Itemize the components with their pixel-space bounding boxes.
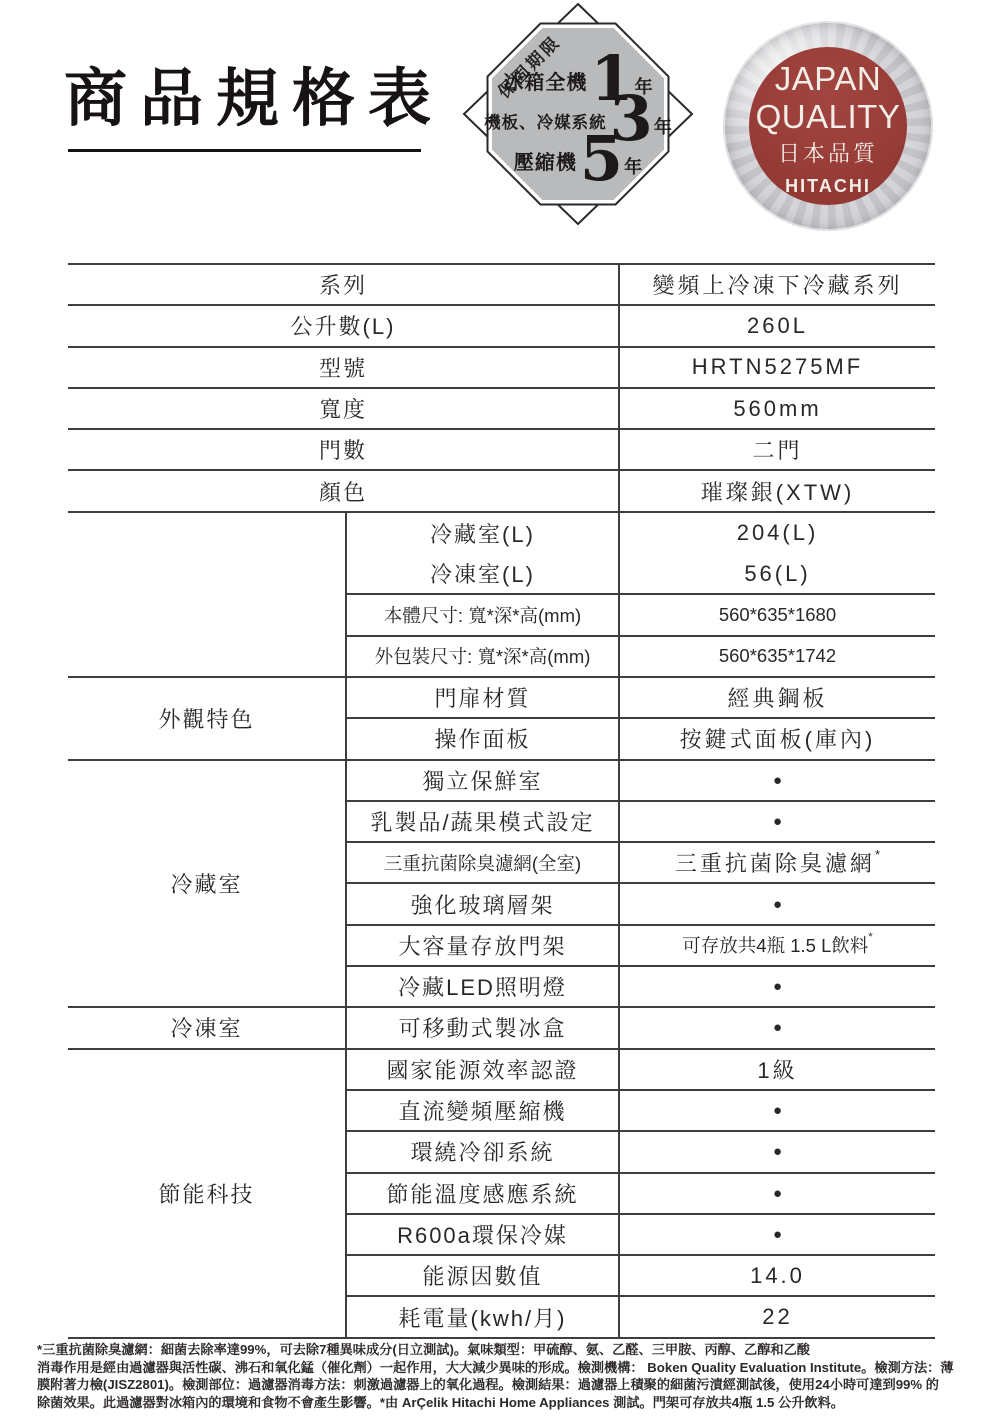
spec-row-label: 寬度: [68, 389, 618, 430]
page-title: 商品規格表: [64, 48, 444, 139]
spec-row-label: 操作面板: [345, 719, 618, 760]
spec-row-label: 顏色: [68, 471, 618, 512]
spec-row-label: 節能溫度感應系統: [345, 1174, 618, 1215]
spec-row-label: 本體尺寸: 寬*深*高(mm): [345, 595, 618, 636]
spec-row-label: 環繞冷卻系統: [345, 1132, 618, 1173]
spec-row-value: ●: [618, 1132, 935, 1173]
spec-row-value: 璀璨銀(XTW): [618, 471, 935, 512]
spec-row-label: 強化玻璃層架: [345, 884, 618, 925]
spec-sheet-page: 商品規格表 保固期限 冰箱全機 1 年 機板、冷媒系統 3 年 壓縮機 5 年 …: [0, 0, 1000, 1420]
spec-row-label: 能源因數值: [345, 1256, 618, 1297]
footnote-line: 除菌效果。此過濾器對冰箱內的環境和食物不會產生影響。*由 ArÇelik Hit…: [37, 1394, 973, 1412]
japan-quality-line2: QUALITY: [756, 98, 901, 136]
spec-row-value: 1級: [618, 1050, 935, 1091]
spec-row-value: 經典鋼板: [618, 678, 935, 719]
spec-group-label: [68, 513, 345, 678]
warranty-item: 壓縮機 5 年: [478, 134, 678, 188]
spec-row-value: ●: [618, 802, 935, 843]
spec-row-value: ●: [618, 967, 935, 1008]
spec-row-label: 型號: [68, 348, 618, 389]
japan-quality-line1: JAPAN: [775, 60, 881, 98]
spec-row-value: 可存放共4瓶 1.5 L飲料*: [618, 926, 935, 967]
spec-row-label: 大容量存放門架: [345, 926, 618, 967]
spec-row-value: 14.0: [618, 1256, 935, 1297]
japan-quality-badge-center: JAPAN QUALITY 日本品質 HITACHI: [749, 47, 907, 205]
spec-group-label: 節能科技: [68, 1050, 345, 1339]
spec-row-value: 二門: [618, 430, 935, 471]
spec-group-label: 冷藏室: [68, 761, 345, 1009]
spec-row-value: 三重抗菌除臭濾網*: [618, 843, 935, 884]
spec-row-value: 560*635*1742: [618, 637, 935, 678]
japan-quality-line3: 日本品質: [778, 136, 878, 172]
spec-group-label: 冷凍室: [68, 1008, 345, 1049]
spec-row-value: ●: [618, 1008, 935, 1049]
spec-row-value: 204(L): [618, 513, 935, 554]
spec-row-value: 260L: [618, 306, 935, 347]
spec-row-value: ●: [618, 884, 935, 925]
spec-row-label: 可移動式製冰盒: [345, 1008, 618, 1049]
footnote-line: 消毒作用是經由過濾器與活性碳、沸石和氧化錳（催化劑）一起作用，大大減少異味的形成…: [37, 1359, 973, 1377]
spec-row-value: 56(L): [618, 554, 935, 595]
spec-row-label: 國家能源效率認證: [345, 1050, 618, 1091]
spec-row-value: 560*635*1680: [618, 595, 935, 636]
spec-row-value: 變頻上冷凍下冷藏系列: [618, 265, 935, 306]
spec-row-label: R600a環保冷媒: [345, 1215, 618, 1256]
spec-row-value: ●: [618, 1091, 935, 1132]
spec-row-label: 公升數(L): [68, 306, 618, 347]
spec-row-value: ●: [618, 1215, 935, 1256]
spec-table: 系列變頻上冷凍下冷藏系列公升數(L)260L型號HRTN5275MF寬度560m…: [68, 263, 935, 1339]
spec-row-label: 門扉材質: [345, 678, 618, 719]
spec-row-label: 系列: [68, 265, 618, 306]
spec-row-label: 門數: [68, 430, 618, 471]
spec-row-label: 冷凍室(L): [345, 554, 618, 595]
warranty-item-label: 冰箱全機: [503, 73, 587, 93]
warranty-badge: 保固期限 冰箱全機 1 年 機板、冷媒系統 3 年 壓縮機 5 年: [462, 3, 694, 227]
spec-row-value: 560mm: [618, 389, 935, 430]
spec-row-label: 外包裝尺寸: 寬*深*高(mm): [345, 637, 618, 678]
spec-row-value: HRTN5275MF: [618, 348, 935, 389]
warranty-item-years: 5: [580, 128, 623, 190]
spec-row-value: 22: [618, 1297, 935, 1338]
spec-group-label: 外觀特色: [68, 678, 345, 761]
spec-row-value: ●: [618, 1174, 935, 1215]
spec-row-label: 乳製品/蔬果模式設定: [345, 802, 618, 843]
spec-row-label: 三重抗菌除臭濾網(全室): [345, 843, 618, 884]
footnote: *三重抗菌除臭濾網：細菌去除率達99%，可去除7種異味成分(日立測試)。氣味類型…: [37, 1341, 973, 1411]
title-underline: [68, 149, 421, 152]
warranty-item-label: 壓縮機: [514, 153, 577, 173]
spec-row-label: 冷藏室(L): [345, 513, 618, 554]
spec-row-label: 耗電量(kwh/月): [345, 1297, 618, 1338]
hitachi-logo: HITACHI: [785, 174, 871, 198]
spec-row-label: 獨立保鮮室: [345, 761, 618, 802]
footnote-line: *三重抗菌除臭濾網：細菌去除率達99%，可去除7種異味成分(日立測試)。氣味類型…: [37, 1341, 973, 1359]
warranty-item-unit: 年: [624, 158, 642, 176]
japan-quality-badge: JAPAN QUALITY 日本品質 HITACHI: [723, 21, 933, 231]
spec-row-label: 直流變頻壓縮機: [345, 1091, 618, 1132]
spec-row-value: ●: [618, 761, 935, 802]
spec-row-label: 冷藏LED照明燈: [345, 967, 618, 1008]
spec-row-value: 按鍵式面板(庫內): [618, 719, 935, 760]
footnote-line: 膜附著力檢(JISZ2801)。檢測部位：過濾器消毒方法：刺激過濾器上的氧化過程…: [37, 1376, 973, 1394]
